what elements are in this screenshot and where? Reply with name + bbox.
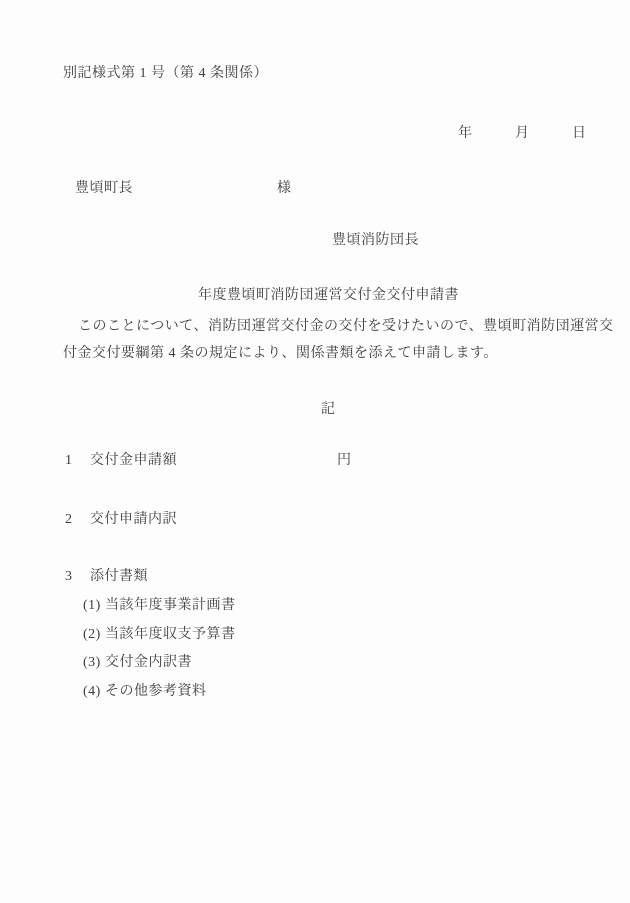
body-paragraph-line1: このことについて、消防団運営交付金の交付を受けたいので、豊頃町消防団運営交 <box>63 316 583 343</box>
attachment-item-3-label: 交付金内訳書 <box>105 654 192 672</box>
date-day-label: 日 <box>572 125 587 143</box>
attachment-item-4-label: その他参考資料 <box>105 683 207 701</box>
body-paragraph-line2: 付金交付要綱第 4 条の規定により、関係書類を添えて申請します。 <box>63 343 583 370</box>
attachment-item-3-number: (3) <box>83 654 101 672</box>
item-1: 1 交付金申請額 円 <box>0 452 630 470</box>
attachment-item-2-label: 当該年度収支予算書 <box>105 626 236 644</box>
date-line: 年 月 日 <box>0 125 630 143</box>
item-3-number: 3 <box>65 568 73 586</box>
item-2-number: 2 <box>65 511 73 529</box>
record-marker: 記 <box>321 401 336 419</box>
attachment-item-2: (2) 当該年度収支予算書 <box>0 626 630 644</box>
item-2: 2 交付申請内訳 <box>0 511 630 529</box>
date-month-label: 月 <box>515 125 530 143</box>
item-1-number: 1 <box>65 452 73 470</box>
attachment-item-4: (4) その他参考資料 <box>0 683 630 701</box>
item-1-unit-label: 円 <box>337 452 352 470</box>
document-title: 年度豊頃町消防団運営交付金交付申請書 <box>198 287 459 305</box>
attachment-item-4-number: (4) <box>83 683 101 701</box>
date-year-label: 年 <box>458 125 473 143</box>
item-2-label: 交付申請内訳 <box>90 511 177 529</box>
item-3-label: 添付書類 <box>90 568 148 586</box>
form-number: 別記様式第 1 号（第 4 条関係） <box>63 65 268 83</box>
item-1-label: 交付金申請額 <box>90 452 177 470</box>
addressee-line: 豊頃町長 様 <box>0 180 630 198</box>
addressee-name: 豊頃町長 <box>75 180 133 198</box>
document-page: 別記様式第 1 号（第 4 条関係） 年 月 日 豊頃町長 様 豊頃消防団長 年… <box>0 0 630 903</box>
attachment-item-1-number: (1) <box>83 597 101 615</box>
body-paragraph: このことについて、消防団運営交付金の交付を受けたいので、豊頃町消防団運営交 付金… <box>63 316 583 370</box>
addressee-honorific: 様 <box>277 180 292 198</box>
sender-title: 豊頃消防団長 <box>332 232 419 250</box>
item-3: 3 添付書類 <box>0 568 630 586</box>
attachment-item-3: (3) 交付金内訳書 <box>0 654 630 672</box>
attachment-item-2-number: (2) <box>83 626 101 644</box>
attachment-item-1-label: 当該年度事業計画書 <box>105 597 236 615</box>
attachment-item-1: (1) 当該年度事業計画書 <box>0 597 630 615</box>
